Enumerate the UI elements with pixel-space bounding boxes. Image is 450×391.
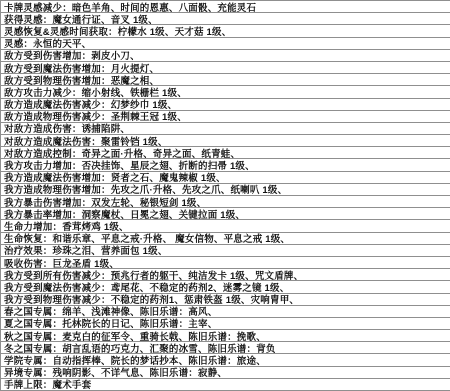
table-row: 敌方攻击力减少：缩小射线、铁栅栏 1级、 [1, 86, 450, 98]
row-text: 敌方受到物理伤害增加：恶魔之相、 [4, 74, 159, 86]
row-text: 灵感恢复&灵感时间获取：柠檬水 1级、天才菇 1级、 [4, 25, 231, 37]
table-row: 春之国专属：绵羊、浅滩神像、陈旧乐谱：高风、 [1, 306, 450, 318]
row-text: 对敌方造成控制：奇异之面·升格、奇异之面、纸青蛙、 [4, 147, 240, 159]
table-row: 我方受到所有伤害减少：预兆行者的躯干、纯洁发卡 1级、咒文盾牌、 [1, 269, 450, 281]
table-row: 敌方受到魔法伤害增加：月火提灯、 [1, 62, 450, 74]
table-row: 敌方受到伤害增加：剥皮小刀、 [1, 50, 450, 62]
row-text: 治疗效果：珍珠之泪、营养面包 1级、 [4, 245, 168, 257]
row-text: 吸收伤害：巨龙圣盾 1级、 [4, 257, 119, 269]
row-text: 异境专属：残响阴影、不详气息、陈旧乐谱：寂静、 [4, 367, 227, 379]
row-text: 敌方造成物理伤害减少：圣荆棘王冠 1级、 [4, 111, 187, 123]
table-row: 我方暴击伤害增加：双发左轮、秘银短剑 1级、 [1, 196, 450, 208]
table-row: 我方造成物理伤害增加：先攻之爪·升格、先攻之爪、纸喇叭 1级、 [1, 184, 450, 196]
table-row: 灵感：永恒的天平、 [1, 38, 450, 50]
row-text: 冬之国专属：胡言乱语的巧克力、汇聚的冰雪、陈旧乐谱：背负 [4, 342, 276, 354]
row-text: 灵感：永恒的天平、 [4, 38, 91, 50]
table-row: 手牌上限：魔术手套 [1, 379, 450, 391]
table-row: 对敌方造成魔法伤害：聚雷铃铛 1级、 [1, 135, 450, 147]
table-row: 我方受到魔法伤害减少：鸢尾花、不稳定的药剂2、迷雾之镜 1级、 [1, 281, 450, 293]
row-text: 秋之国专属：麦克白的征军令、重骑长戟、陈旧乐谱：挽歌、 [4, 330, 266, 342]
row-text: 敌方受到伤害增加：剥皮小刀、 [4, 50, 140, 62]
row-text: 学院专属：自动指挥棒、院长的梦话抄本、陈旧乐谱：旅途、 [4, 354, 266, 366]
table-row: 敌方受到物理伤害增加：恶魔之相、 [1, 74, 450, 86]
table-row: 生命力增加：香茸烤鸡 1级、 [1, 220, 450, 232]
row-text: 卡牌灵感减少：暗色羊角、时间的恩惠、八面骰、充能灵石 [4, 1, 256, 13]
row-text: 我方受到魔法伤害减少：鸢尾花、不稳定的药剂2、迷雾之镜 1级、 [4, 281, 289, 293]
row-text: 夏之国专属：托林院长的日记、陈旧乐谱：主宰、 [4, 318, 217, 330]
table-row: 敌方造成物理伤害减少：圣荆棘王冠 1级、 [1, 111, 450, 123]
row-text: 生命力增加：香茸烤鸡 1级、 [4, 220, 129, 232]
table-row: 对敌方造成控制：奇异之面·升格、奇异之面、纸青蛙、 [1, 147, 450, 159]
table-row: 学院专属：自动指挥棒、院长的梦话抄本、陈旧乐谱：旅途、 [1, 354, 450, 366]
row-text: 获得灵感：魔女通行证、音叉 1级、 [4, 13, 158, 25]
row-text: 我方暴击伤害增加：双发左轮、秘银短剑 1级、 [4, 196, 206, 208]
table-row: 吸收伤害：巨龙圣盾 1级、 [1, 257, 450, 269]
table-row: 灵感恢复&灵感时间获取：柠檬水 1级、天才菇 1级、 [1, 25, 450, 37]
row-text: 春之国专属：绵羊、浅滩神像、陈旧乐谱：高风、 [4, 306, 217, 318]
table-row: 我方受到物理伤害减少：不稳定的药剂1、惩肃铁盔 1级、灾响胄甲、 [1, 294, 450, 306]
row-text: 对敌方造成伤害：诱捕陷阱、 [4, 123, 130, 135]
table-row: 敌方造成魔法伤害减少：幻梦纱巾 1级、 [1, 99, 450, 111]
row-text: 生命恢复：和谐乐章、平息之戒·升格、 魔女信物、平息之戒 1级、 [4, 233, 290, 245]
table-row: 夏之国专属：托林院长的日记、陈旧乐谱：主宰、 [1, 318, 450, 330]
row-text: 敌方攻击力减少：缩小射线、铁栅栏 1级、 [4, 86, 187, 98]
table-row: 我方造成魔法伤害增加：贤者之石、魔鬼辣椒 1级、 [1, 172, 450, 184]
row-text: 手牌上限：魔术手套 [4, 379, 91, 391]
table-row: 生命恢复：和谐乐章、平息之戒·升格、 魔女信物、平息之戒 1级、 [1, 233, 450, 245]
table-row: 冬之国专属：胡言乱语的巧克力、汇聚的冰雪、陈旧乐谱：背负 [1, 342, 450, 354]
table-row: 对敌方造成伤害：诱捕陷阱、 [1, 123, 450, 135]
ability-table: 卡牌灵感减少：暗色羊角、时间的恩惠、八面骰、充能灵石获得灵感：魔女通行证、音叉 … [0, 0, 450, 391]
row-text: 我方受到所有伤害减少：预兆行者的躯干、纯洁发卡 1级、咒文盾牌、 [4, 269, 303, 281]
row-text: 我方攻击力增加：否决挂饰、星辰之翅、折断的扫帚 1级、 [4, 159, 255, 171]
table-row: 获得灵感：魔女通行证、音叉 1级、 [1, 13, 450, 25]
row-text: 我方造成魔法伤害增加：贤者之石、魔鬼辣椒 1级、 [4, 172, 226, 184]
table-row: 我方暴击率增加：洞察魔杖、日冕之翅、关键拉面 1级、 [1, 208, 450, 220]
table-row: 卡牌灵感减少：暗色羊角、时间的恩惠、八面骰、充能灵石 [1, 1, 450, 13]
row-text: 对敌方造成魔法伤害：聚雷铃铛 1级、 [4, 135, 168, 147]
table-row: 秋之国专属：麦克白的征军令、重骑长戟、陈旧乐谱：挽歌、 [1, 330, 450, 342]
table-row: 异境专属：残响阴影、不详气息、陈旧乐谱：寂静、 [1, 367, 450, 379]
table-row: 治疗效果：珍珠之泪、营养面包 1级、 [1, 245, 450, 257]
row-text: 敌方造成魔法伤害减少：幻梦纱巾 1级、 [4, 99, 177, 111]
table-row: 我方攻击力增加：否决挂饰、星辰之翅、折断的扫帚 1级、 [1, 159, 450, 171]
row-text: 我方造成物理伤害增加：先攻之爪·升格、先攻之爪、纸喇叭 1级、 [4, 184, 287, 196]
row-text: 我方暴击率增加：洞察魔杖、日冕之翅、关键拉面 1级、 [4, 208, 245, 220]
row-text: 我方受到物理伤害减少：不稳定的药剂1、惩肃铁盔 1级、灾响胄甲、 [4, 294, 299, 306]
row-text: 敌方受到魔法伤害增加：月火提灯、 [4, 62, 159, 74]
